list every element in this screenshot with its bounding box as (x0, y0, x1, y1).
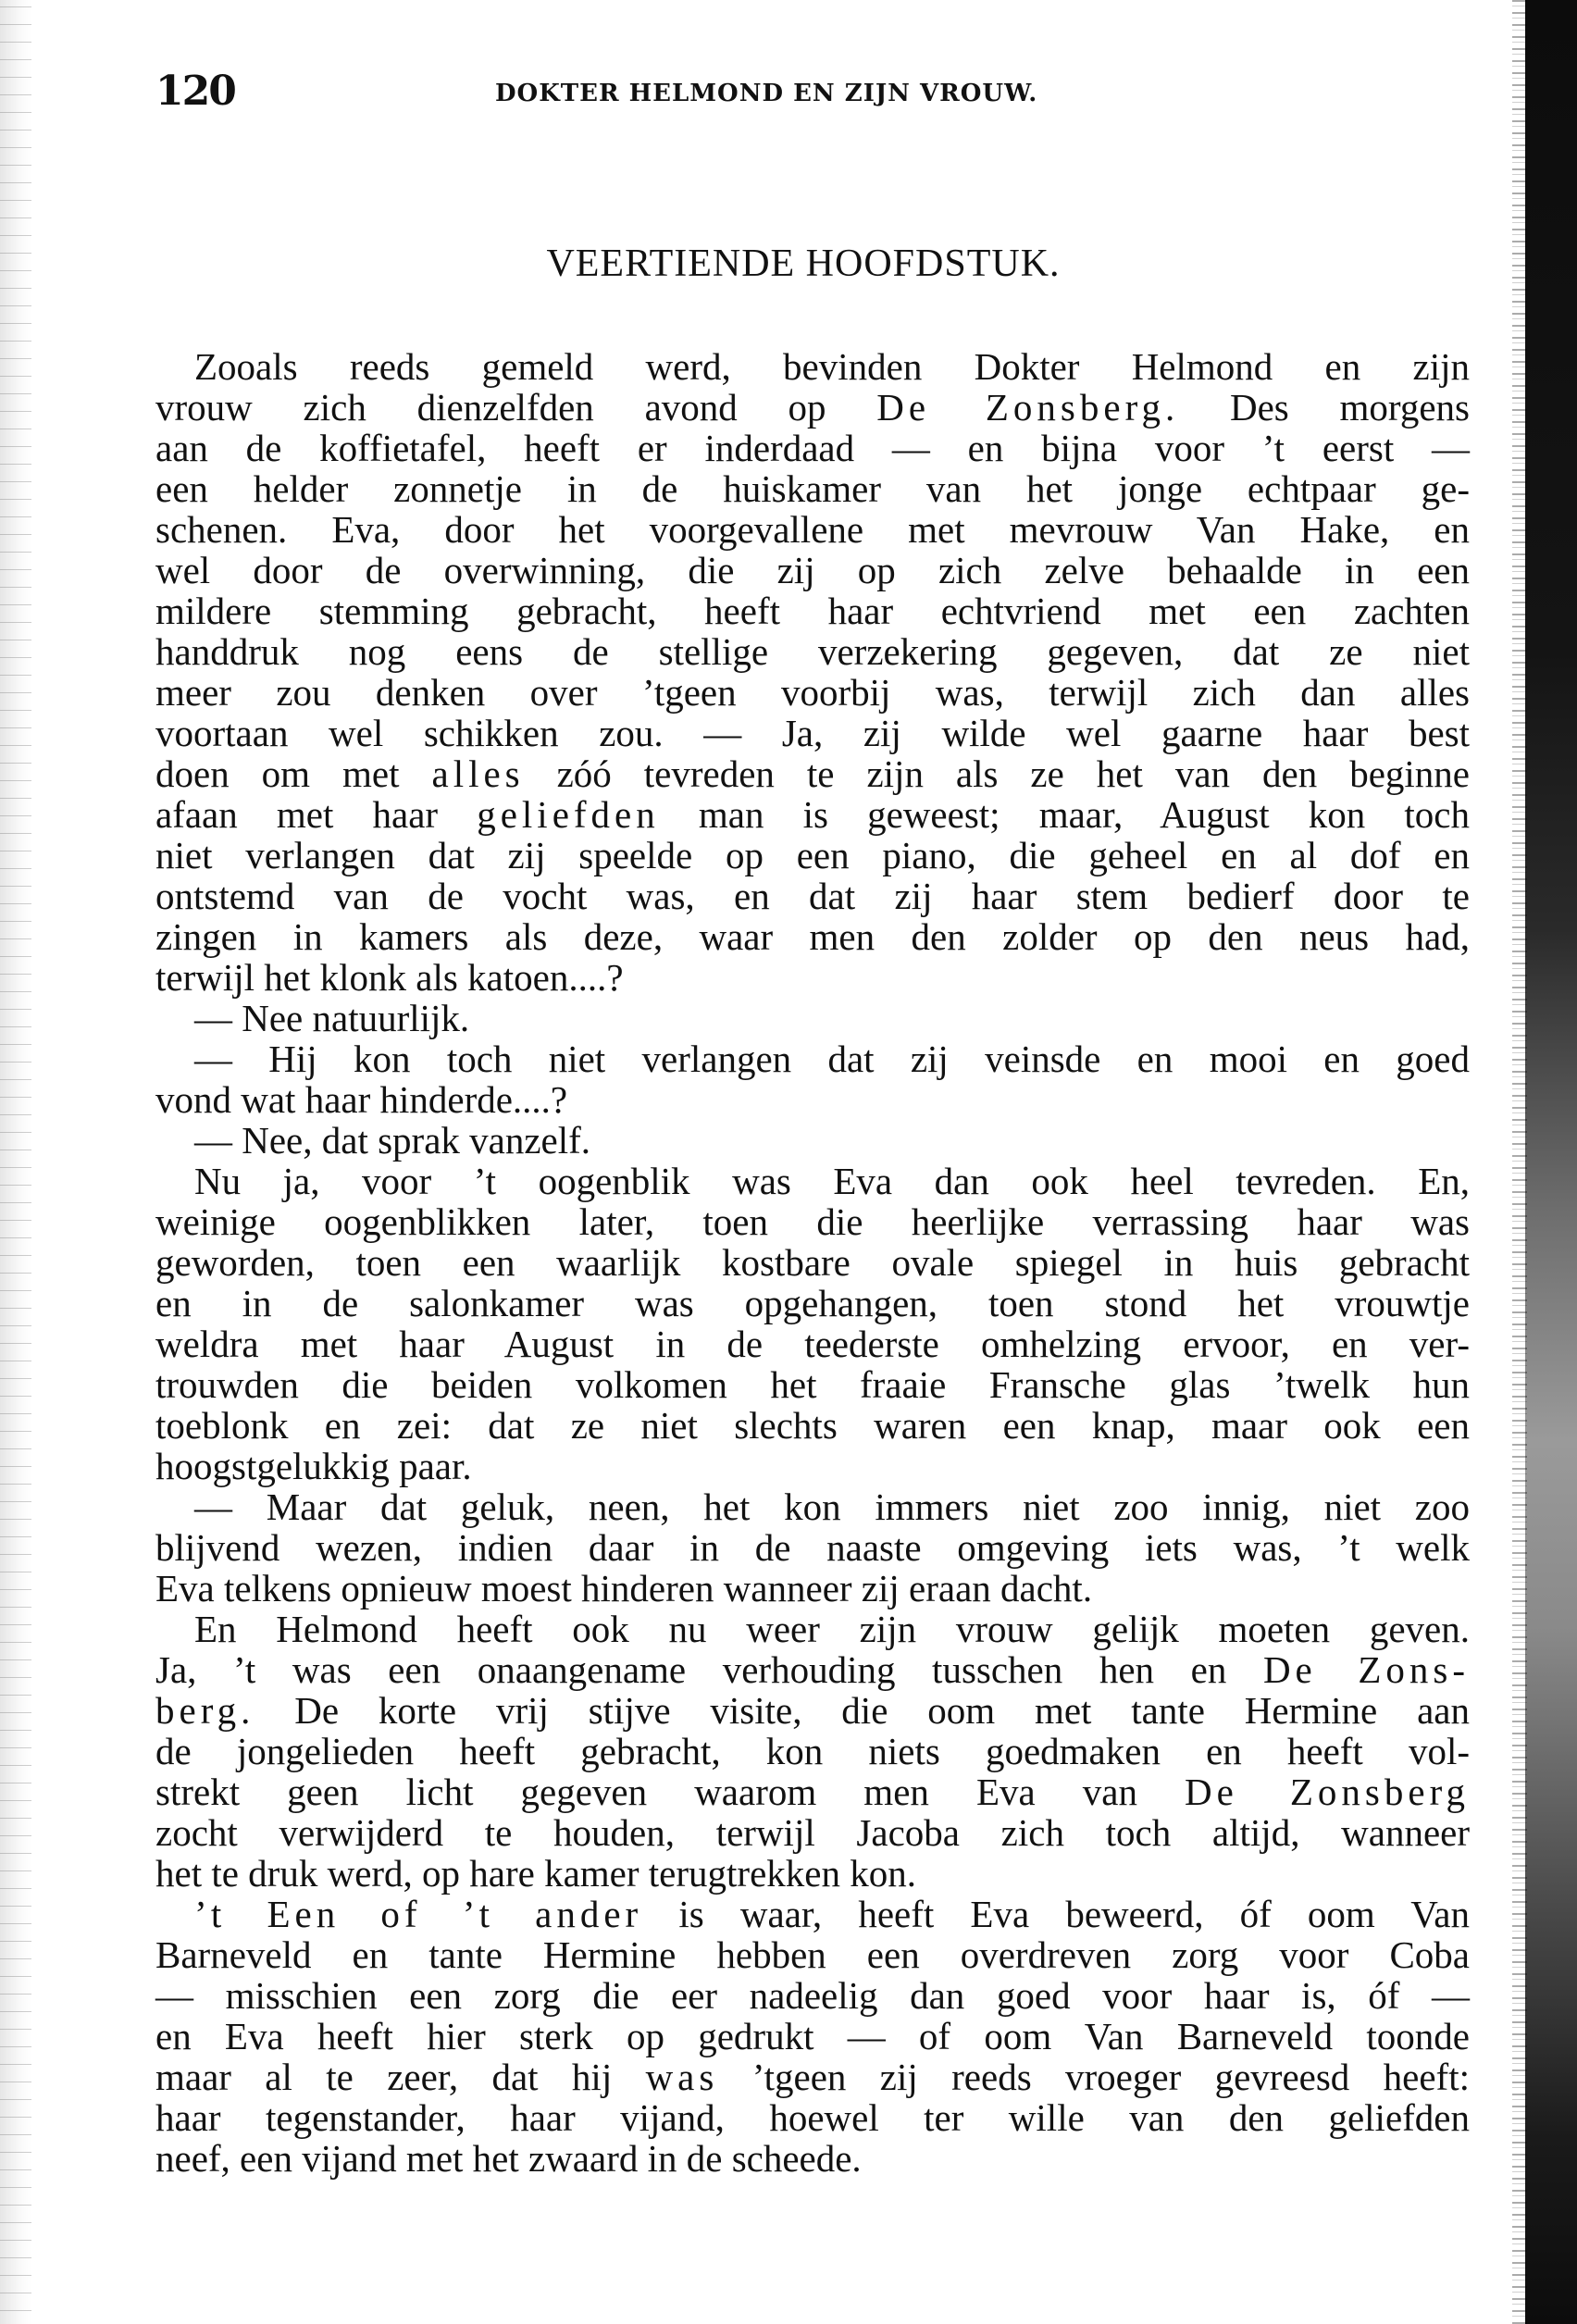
text-line: — Nee natuurlijk. (155, 998, 1470, 1038)
text-line: hoogstgelukkig paar. (155, 1446, 1470, 1486)
text-segment: zocht verwijderd te houden, terwijl Jaco… (155, 1811, 1470, 1854)
text-line: handdruk nog eens de stellige verzekerin… (155, 631, 1470, 672)
text-line: — Hij kon toch niet verlangen dat zij ve… (155, 1038, 1470, 1079)
emphasized-text: geliefden (477, 793, 660, 836)
text-line: aan de koffietafel, heeft er inderdaad —… (155, 428, 1470, 468)
text-line: blijvend wezen, indien daar in de naaste… (155, 1527, 1470, 1568)
text-segment: Zooals reeds gemeld werd, bevinden Dokte… (194, 345, 1470, 388)
body-text: Zooals reeds gemeld werd, bevinden Dokte… (155, 346, 1470, 2179)
text-line: schenen. Eva, door het voorgevallene met… (155, 509, 1470, 550)
text-segment: de jongelieden heeft gebracht, kon niets… (155, 1730, 1470, 1772)
text-segment: strekt geen licht gegeven waarom men Eva… (155, 1771, 1185, 1813)
text-line: en Eva heeft hier sterk op gedrukt — of … (155, 2016, 1470, 2057)
text-segment: Ja, ’t was een onaangename verhouding tu… (155, 1648, 1263, 1691)
text-line: zingen in kamers als deze, waar men den … (155, 916, 1470, 957)
text-segment: geworden, toen een waarlijk kostbare ova… (155, 1241, 1470, 1284)
emphasized-text: alles (432, 752, 525, 795)
text-segment: weldra met haar August in de teederste o… (155, 1323, 1470, 1365)
text-segment: — Hij kon toch niet verlangen dat zij ve… (194, 1038, 1470, 1080)
emphasized-text: berg. (155, 1689, 255, 1732)
text-segment: Nu ja, voor ’t oogenblik was Eva dan ook… (194, 1160, 1470, 1202)
running-title: DOKTER HELMOND EN ZIJN VROUW. (495, 80, 1037, 107)
text-segment: — Nee natuurlijk. (194, 997, 469, 1039)
text-segment: mildere stemming gebracht, heeft haar ec… (155, 590, 1470, 632)
text-line: vond wat haar hinderde....? (155, 1079, 1470, 1120)
emphasized-text: De Zonsberg. (876, 386, 1179, 429)
text-line: meer zou denken over ’tgeen voorbij was,… (155, 672, 1470, 713)
text-segment: maar al te zeer, dat hij (155, 2056, 646, 2098)
text-segment: zingen in kamers als deze, waar men den … (155, 915, 1470, 958)
text-line: neef, een vijand met het zwaard in de sc… (155, 2138, 1470, 2179)
text-segment: schenen. Eva, door het voorgevallene met… (155, 508, 1470, 551)
text-segment: terwijl het klonk als katoen....? (155, 956, 624, 999)
text-segment: blijvend wezen, indien daar in de naaste… (155, 1526, 1470, 1569)
text-segment: ontstemd van de vocht was, en dat zij ha… (155, 875, 1470, 917)
text-line: terwijl het klonk als katoen....? (155, 957, 1470, 998)
text-segment: En Helmond heeft ook nu weer zijn vrouw … (194, 1608, 1470, 1650)
text-segment: handdruk nog eens de stellige verzekerin… (155, 630, 1470, 673)
text-line: Barneveld en tante Hermine hebben een ov… (155, 1934, 1470, 1975)
running-head: 120 DOKTER HELMOND EN ZIJN VROUW. (155, 72, 1470, 111)
text-line: voortaan wel schikken zou. — Ja, zij wil… (155, 713, 1470, 753)
scan-left-edge-noise (0, 0, 31, 2324)
text-line: En Helmond heeft ook nu weer zijn vrouw … (155, 1609, 1470, 1649)
text-segment: ’tgeen zij reeds vroeger gevreesd heeft: (718, 2056, 1470, 2098)
text-segment: — Nee, dat sprak vanzelf. (194, 1119, 590, 1162)
text-segment: hoogstgelukkig paar. (155, 1445, 472, 1487)
text-segment: een helder zonnetje in de huiskamer van … (155, 467, 1470, 510)
text-segment: man is geweest; maar, August kon toch (660, 793, 1470, 836)
text-line: haar tegenstander, haar vijand, hoewel t… (155, 2097, 1470, 2138)
text-line: mildere stemming gebracht, heeft haar ec… (155, 590, 1470, 631)
text-line: een helder zonnetje in de huiskamer van … (155, 468, 1470, 509)
text-line: — Nee, dat sprak vanzelf. (155, 1120, 1470, 1161)
text-segment: en in de salonkamer was opgehangen, toen… (155, 1282, 1470, 1324)
text-line: zocht verwijderd te houden, terwijl Jaco… (155, 1812, 1470, 1853)
text-line: ontstemd van de vocht was, en dat zij ha… (155, 876, 1470, 916)
text-line: de jongelieden heeft gebracht, kon niets… (155, 1731, 1470, 1771)
text-line: trouwden die beiden volkomen het fraaie … (155, 1364, 1470, 1405)
emphasized-text: ’t Een of ’t ander (194, 1893, 642, 1935)
text-line: weldra met haar August in de teederste o… (155, 1324, 1470, 1364)
text-segment: Eva telkens opnieuw moest hinderen wanne… (155, 1567, 1092, 1609)
text-segment: Des morgens (1179, 386, 1470, 429)
text-line: Zooals reeds gemeld werd, bevinden Dokte… (155, 346, 1470, 387)
text-segment: trouwden die beiden volkomen het fraaie … (155, 1363, 1470, 1406)
emphasized-text: De Zonsberg (1185, 1771, 1470, 1813)
text-segment: Barneveld en tante Hermine hebben een ov… (155, 1933, 1470, 1976)
text-line: toeblonk en zei: dat ze niet slechts war… (155, 1405, 1470, 1446)
text-line: niet verlangen dat zij speelde op een pi… (155, 835, 1470, 876)
page-number: 120 (155, 72, 235, 111)
text-line: — Maar dat geluk, neen, het kon immers n… (155, 1486, 1470, 1527)
text-segment: — misschien een zorg die eer nadeelig da… (155, 1974, 1470, 2017)
text-segment: haar tegenstander, haar vijand, hoewel t… (155, 2096, 1470, 2139)
text-line: het te druk werd, op hare kamer terugtre… (155, 1853, 1470, 1894)
text-segment: het te druk werd, op hare kamer terugtre… (155, 1852, 916, 1895)
text-segment: niet verlangen dat zij speelde op een pi… (155, 834, 1470, 876)
text-line: berg. De korte vrij stijve visite, die o… (155, 1690, 1470, 1731)
text-line: en in de salonkamer was opgehangen, toen… (155, 1283, 1470, 1324)
text-segment: vond wat haar hinderde....? (155, 1078, 567, 1121)
text-line: weinige oogenblikken later, toen die hee… (155, 1201, 1470, 1242)
text-segment: neef, een vijand met het zwaard in de sc… (155, 2137, 862, 2180)
text-line: maar al te zeer, dat hij was ’tgeen zij … (155, 2057, 1470, 2097)
text-line: geworden, toen een waarlijk kostbare ova… (155, 1242, 1470, 1283)
text-segment: wel door de overwinning, die zij op zich… (155, 549, 1470, 591)
text-line: wel door de overwinning, die zij op zich… (155, 550, 1470, 590)
text-line: vrouw zich dienzelfden avond op De Zonsb… (155, 387, 1470, 428)
chapter-heading: VEERTIENDE HOOFDSTUK. (155, 242, 1470, 285)
text-line: ’t Een of ’t ander is waar, heeft Eva be… (155, 1894, 1470, 1934)
text-segment: voortaan wel schikken zou. — Ja, zij wil… (155, 712, 1470, 754)
text-line: strekt geen licht gegeven waarom men Eva… (155, 1771, 1470, 1812)
text-segment: doen om met (155, 752, 432, 795)
text-line: doen om met alles zóó tevreden te zijn a… (155, 753, 1470, 794)
emphasized-text: De Zons- (1263, 1648, 1470, 1691)
text-line: Eva telkens opnieuw moest hinderen wanne… (155, 1568, 1470, 1609)
text-line: Nu ja, voor ’t oogenblik was Eva dan ook… (155, 1161, 1470, 1201)
text-segment: vrouw zich dienzelfden avond op (155, 386, 876, 429)
text-segment: — Maar dat geluk, neen, het kon immers n… (194, 1485, 1470, 1528)
text-segment: toeblonk en zei: dat ze niet slechts war… (155, 1404, 1470, 1447)
text-segment: en Eva heeft hier sterk op gedrukt — of … (155, 2015, 1470, 2057)
text-segment: De korte vrij stijve visite, die oom met… (255, 1689, 1470, 1732)
text-segment: zóó tevreden te zijn als ze het van den … (525, 752, 1470, 795)
text-segment: aan de koffietafel, heeft er inderdaad —… (155, 427, 1470, 469)
text-line: afaan met haar geliefden man is geweest;… (155, 794, 1470, 835)
scan-book-gutter (1525, 0, 1577, 2324)
text-segment: is waar, heeft Eva beweerd, óf oom Van (642, 1893, 1470, 1935)
text-segment: meer zou denken over ’tgeen voorbij was,… (155, 671, 1470, 714)
emphasized-text: was (646, 2056, 719, 2098)
text-segment: weinige oogenblikken later, toen die hee… (155, 1200, 1470, 1243)
text-segment: afaan met haar (155, 793, 477, 836)
text-line: — misschien een zorg die eer nadeelig da… (155, 1975, 1470, 2016)
text-line: Ja, ’t was een onaangename verhouding tu… (155, 1649, 1470, 1690)
